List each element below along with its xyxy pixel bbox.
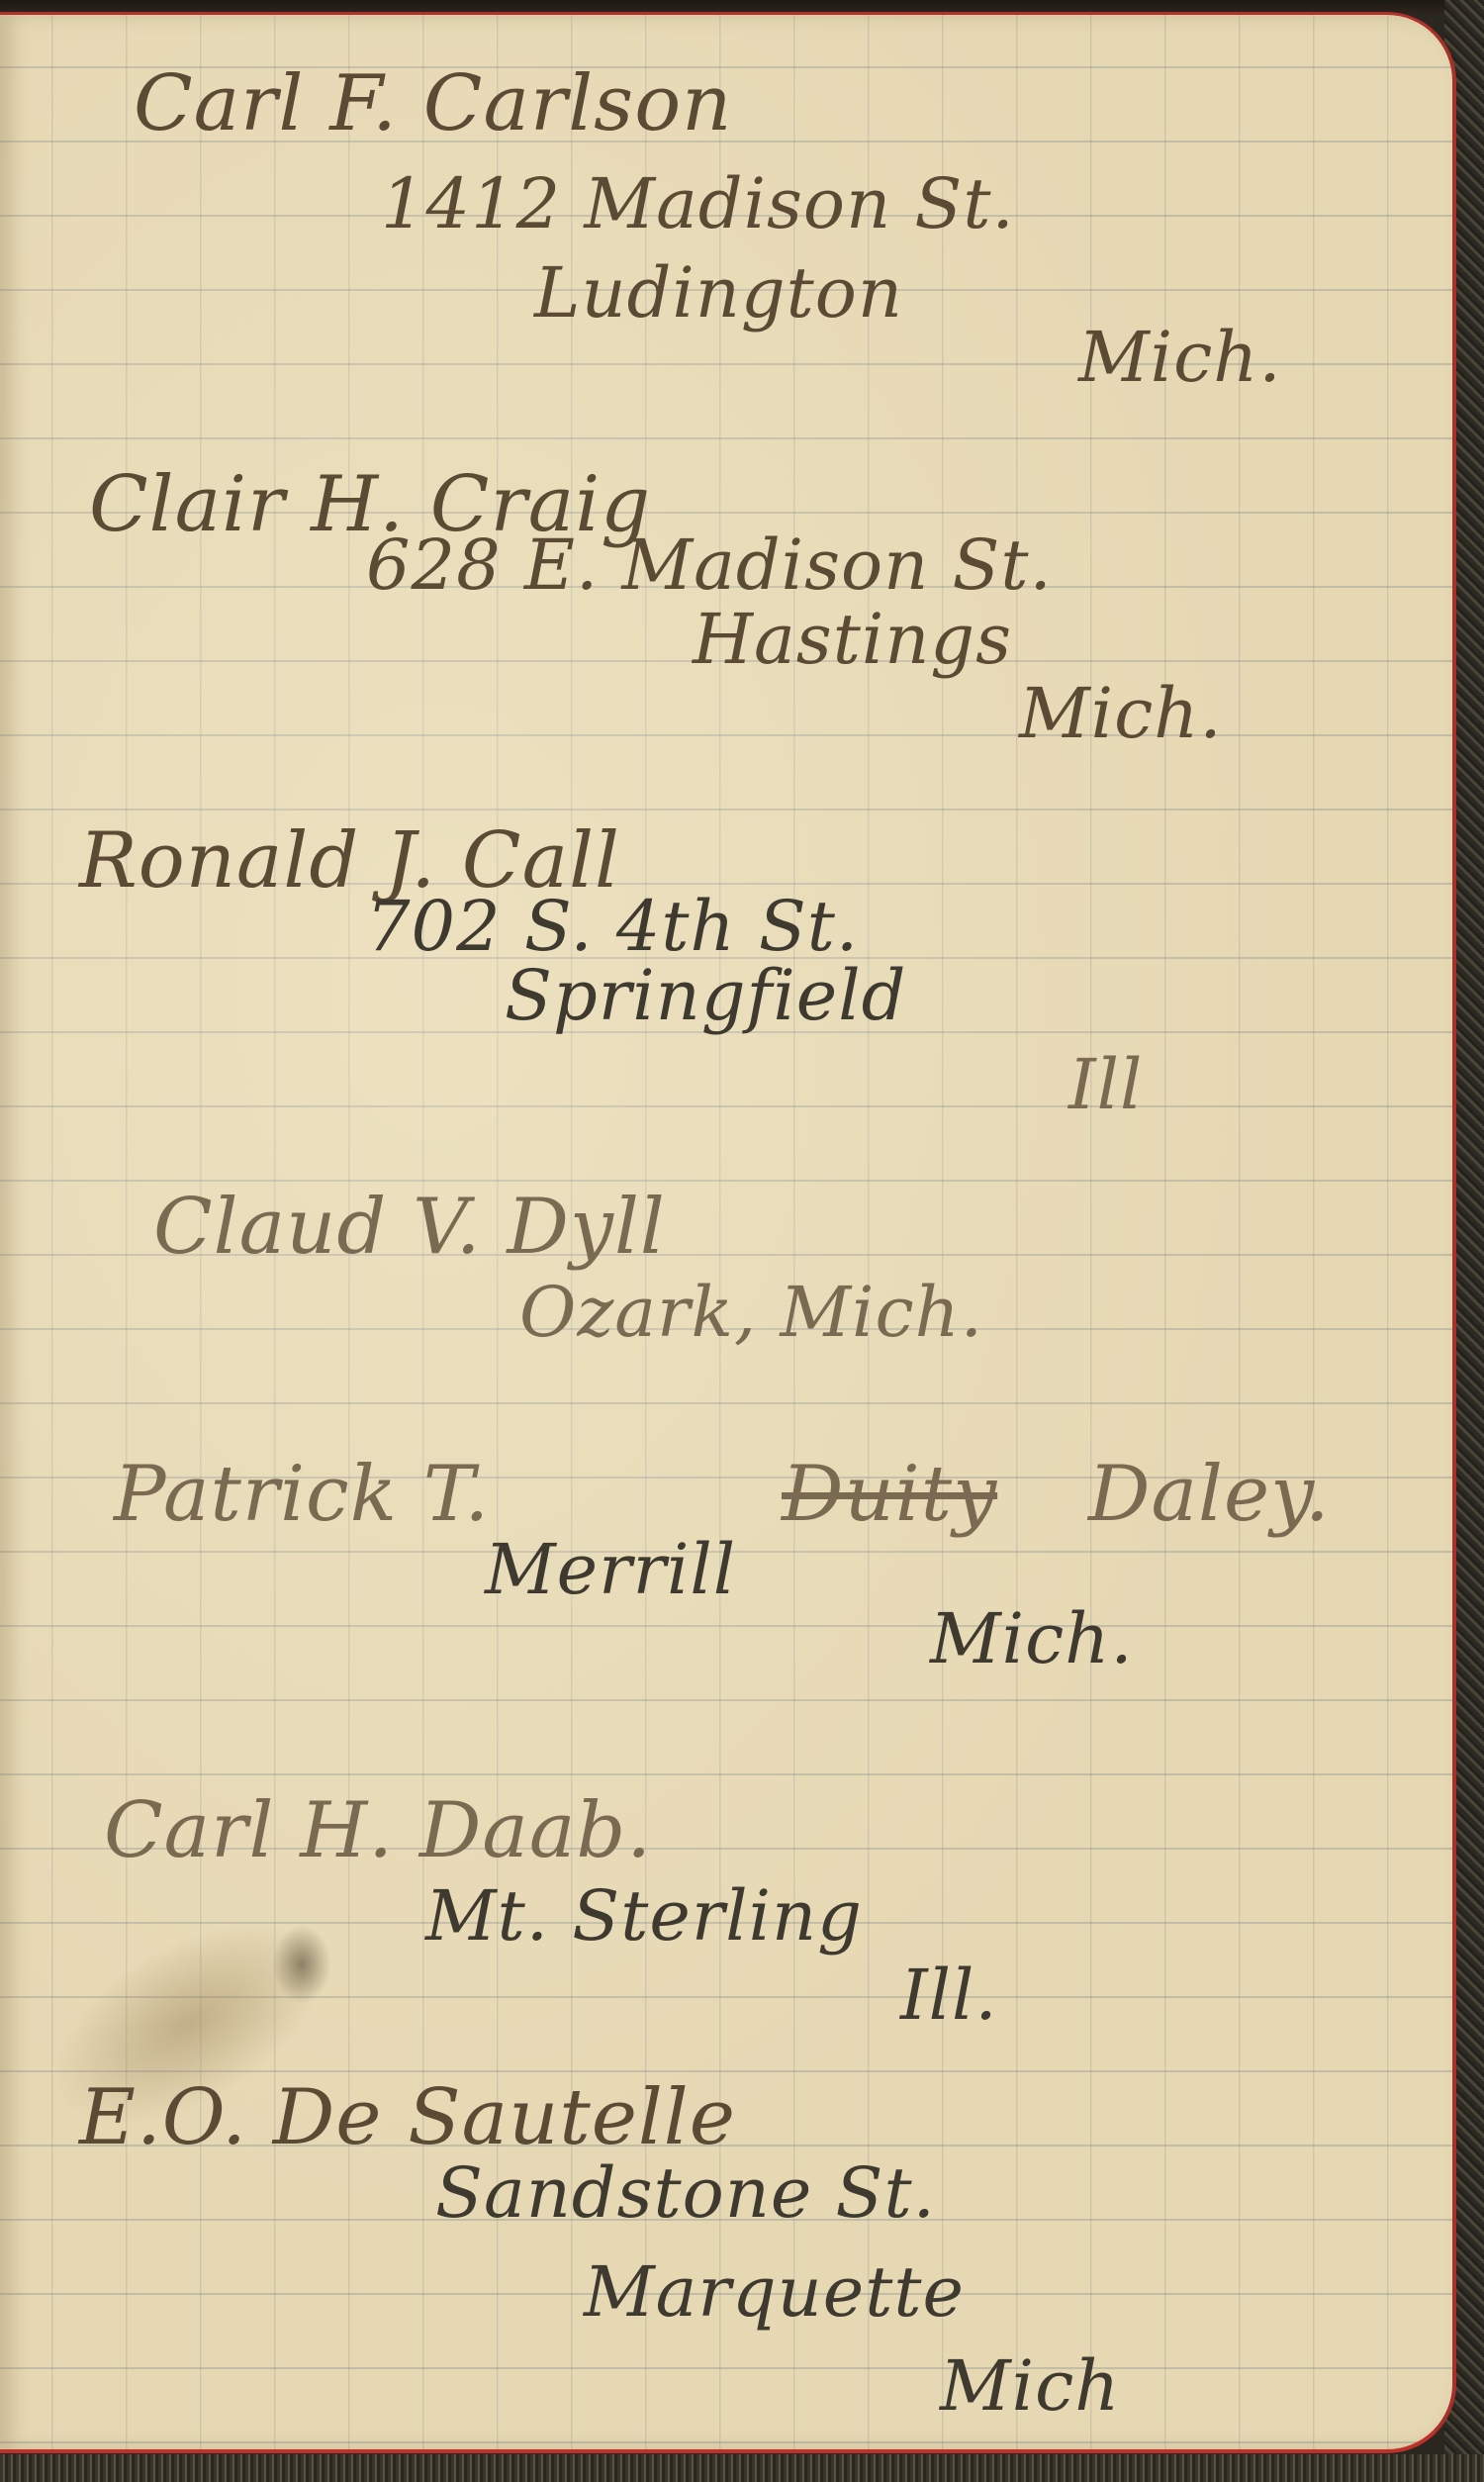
notebook-page: Carl F. Carlson 1412 Madison St. Ludingt…: [0, 12, 1456, 2453]
entry-city: Merrill: [485, 1529, 736, 1610]
entry-street: Sandstone St.: [435, 2152, 936, 2234]
entry-city-state: Ozark, Mich.: [519, 1272, 983, 1353]
entry-name: E.O. De Sautelle: [79, 2073, 736, 2162]
entry-state: Ill.: [900, 1955, 998, 2036]
entry-name: Carl H. Daab.: [104, 1786, 652, 1875]
entry-city: Marquette: [584, 2251, 965, 2333]
entry-street: 1412 Madison St.: [381, 163, 1015, 244]
entry-city: Hastings: [693, 599, 1012, 680]
entry-name-last: Daley.: [1088, 1450, 1331, 1539]
entry-state: Mich.: [1019, 673, 1223, 754]
ink-smudge: [272, 1925, 331, 2004]
entry-city: Ludington: [534, 252, 903, 334]
entry-state: Mich: [940, 2345, 1120, 2427]
entry-state: Mich.: [930, 1598, 1134, 1679]
entry-name: Carl F. Carlson: [134, 59, 732, 148]
entry-name-first: Patrick T.: [114, 1450, 490, 1539]
entry-state: Ill: [1068, 1044, 1143, 1125]
entry-name: Claud V. Dyll: [153, 1183, 666, 1272]
entry-state: Mich.: [1078, 317, 1282, 398]
entry-name-struck: Duity: [782, 1450, 997, 1539]
entry-city: Springfield: [505, 955, 906, 1036]
entry-street: 628 E. Madison St.: [366, 525, 1053, 606]
entry-city: Mt. Sterling: [425, 1875, 863, 1957]
notebook-binding-bottom: [0, 2454, 1484, 2482]
